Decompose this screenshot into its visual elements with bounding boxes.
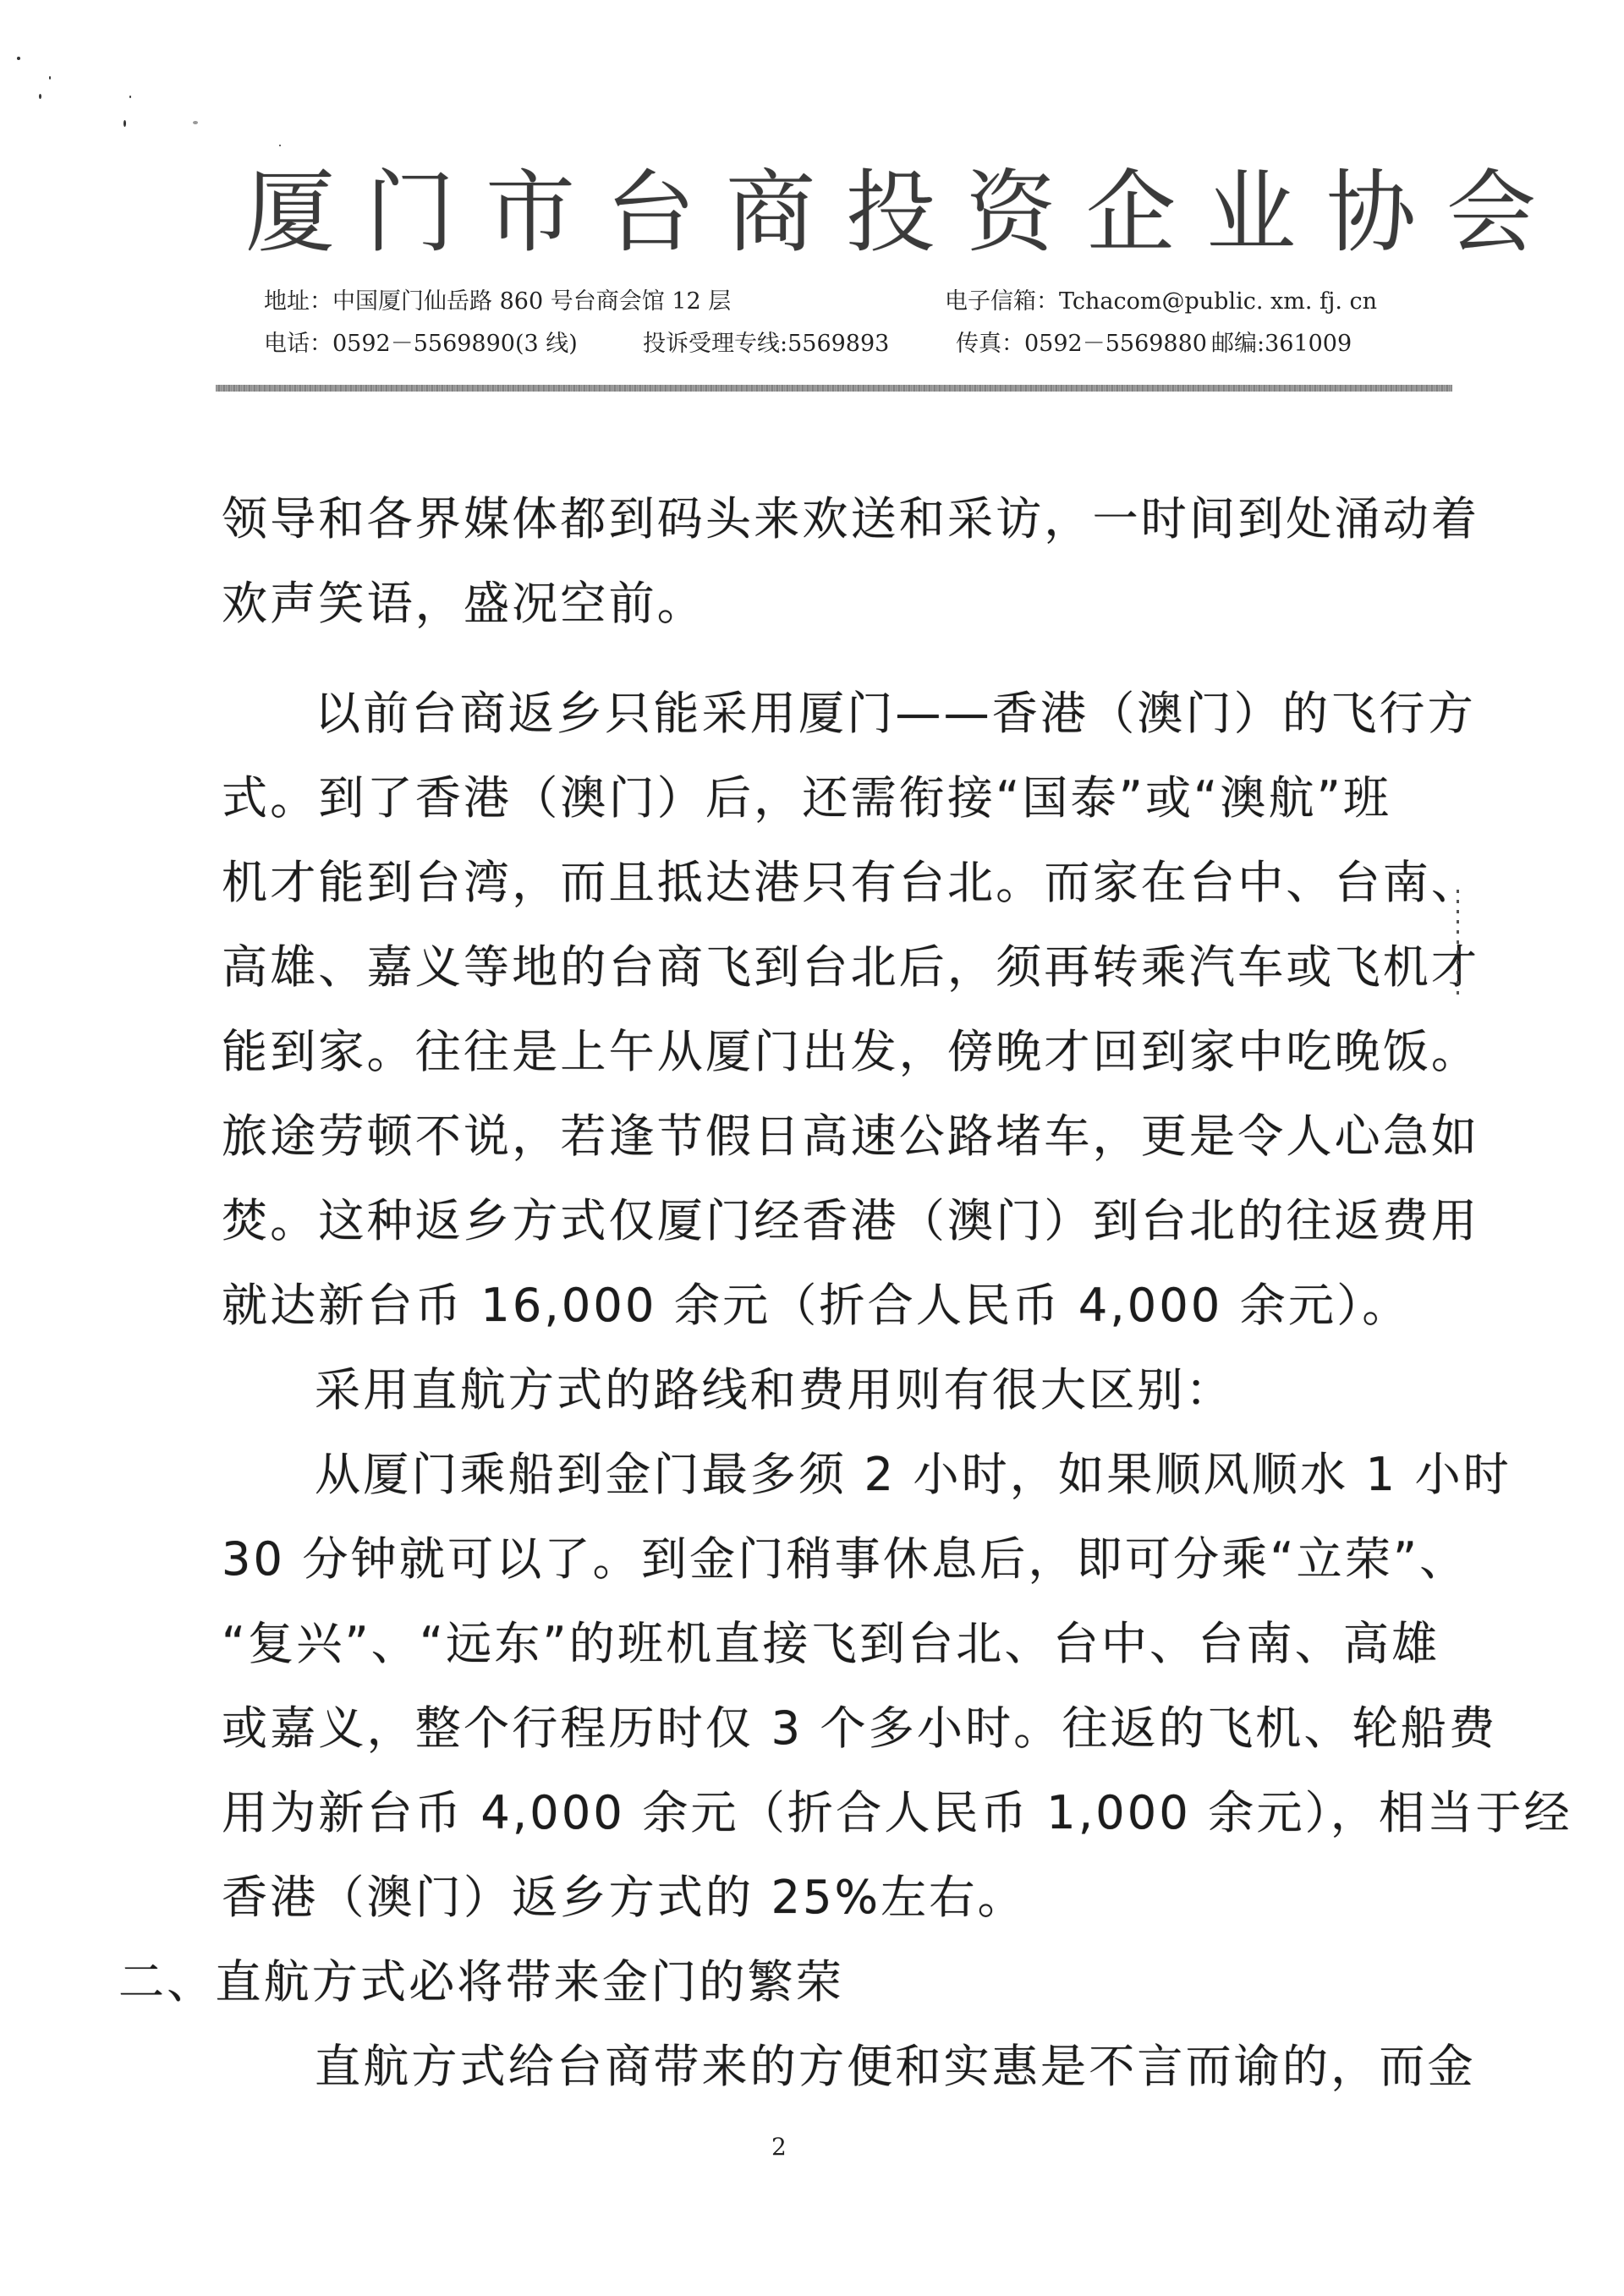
scan-speck (39, 94, 41, 99)
document-page: 厦门市台商投资企业协会 地址：中国厦门仙岳路 860 号台商会馆 12 层 电子… (0, 0, 1624, 2296)
scan-speck (129, 96, 131, 98)
page-number: 2 (771, 2133, 787, 2161)
body-line: 用为新台币 4,000 余元（折合人民币 1,000 余元），相当于经 (222, 1788, 1572, 1838)
body-line: 焚。这种返乡方式仅厦门经香港（澳门）到台北的往返费用 (222, 1196, 1479, 1247)
complaint-hotline-text: 投诉受理专线:5569893 (643, 330, 889, 359)
body-line: 就达新台币 16,000 余元（折合人民币 4,000 余元）。 (222, 1280, 1411, 1331)
paragraph-start-line: 从厦门乘船到金门最多须 2 小时，如果顺风顺水 1 小时 (315, 1449, 1512, 1500)
postcode-text: 邮编:361009 (1211, 330, 1352, 359)
paragraph-start-line: 直航方式给台商带来的方便和实惠是不言而谕的，而金 (315, 2041, 1476, 2092)
body-line: 领导和各界媒体都到码头来欢送和采访，一时间到处涌动着 (222, 494, 1479, 545)
address-text: 地址：中国厦门仙岳路 860 号台商会馆 12 层 (264, 288, 731, 316)
body-line: 30 分钟就可以了。到金门稍事休息后，即可分乘“立荣”、 (222, 1534, 1468, 1585)
scan-speck (17, 57, 20, 60)
email-text: 电子信箱：Tchacom@public. xm. fj. cn (945, 288, 1377, 316)
scan-speck (279, 145, 281, 146)
section-heading: 二、直航方式必将带来金门的繁荣 (118, 1957, 844, 2008)
scan-margin-marks (1457, 890, 1459, 1000)
body-line: 高雄、嘉义等地的台商飞到台北后，须再转乘汽车或飞机才 (222, 942, 1479, 993)
body-line: “复兴”、“远东”的班机直接飞到台北、台中、台南、高雄 (222, 1619, 1440, 1669)
organization-title: 厦门市台商投资企业协会 (245, 162, 1429, 264)
body-line: 或嘉义，整个行程历时仅 3 个多小时。往返的飞机、轮船费 (222, 1703, 1497, 1754)
body-line: 机才能到台湾，而且抵达港只有台北。而家在台中、台南、 (222, 858, 1479, 908)
scan-speck (193, 121, 198, 124)
paragraph-start-line: 以前台商返乡只能采用厦门——香港（澳门）的飞行方 (315, 688, 1476, 739)
body-line: 式。到了香港（澳门）后，还需衔接“国泰”或“澳航”班 (222, 773, 1391, 824)
paragraph-start-line: 采用直航方式的路线和费用则有很大区别： (315, 1365, 1234, 1416)
phone-text: 电话：0592－5569890(3 线) (264, 330, 578, 359)
body-line: 能到家。往往是上午从厦门出发，傍晚才回到家中吃晚饭。 (222, 1027, 1479, 1077)
body-line: 香港（澳门）返乡方式的 25%左右。 (222, 1872, 1026, 1923)
scan-speck (123, 120, 126, 127)
body-line: 欢声笑语，盛况空前。 (222, 578, 705, 629)
fax-text: 传真：0592－5569880 (956, 330, 1207, 359)
body-line: 旅途劳顿不说，若逢节假日高速公路堵车，更是令人心急如 (222, 1111, 1479, 1162)
letterhead-divider (216, 385, 1452, 392)
scan-speck (49, 76, 51, 79)
